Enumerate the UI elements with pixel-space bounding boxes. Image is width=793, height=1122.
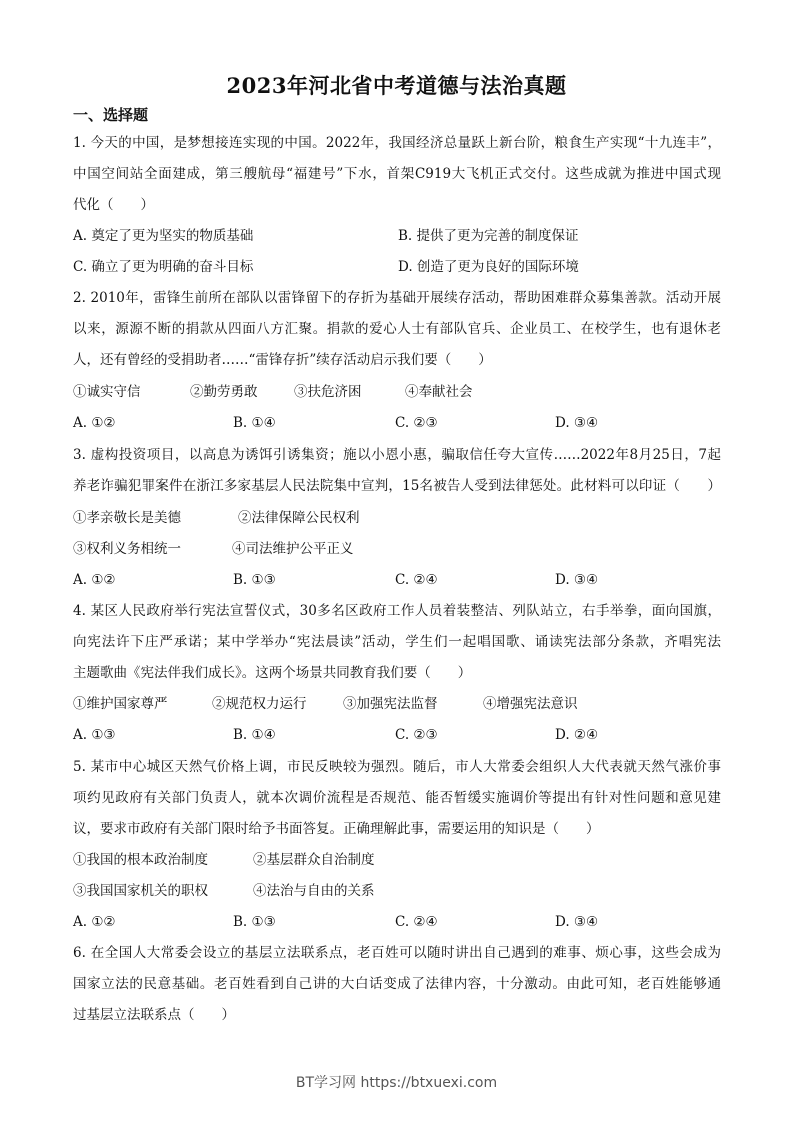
question-3-statement-4: ④司法维护公平正义 [232, 539, 354, 559]
question-3-line-2: 养老诈骗犯罪案件在浙江多家基层人民法院集中宣判，15名被告人受到法律惩处。此材料… [73, 476, 721, 496]
question-2-line-2: 以来，源源不断的捐款从四面八方汇聚。捐款的爱心人士有部队官兵、企业员工、在校学生… [73, 319, 721, 339]
question-4-statement-2: ②规范权力运行 [212, 694, 307, 714]
question-5-option-a: A. ①② [73, 912, 116, 932]
section-heading: 一、选择题 [73, 104, 148, 125]
question-5-statement-1: ①我国的根本政治制度 [73, 850, 208, 870]
question-1-line-2: 中国空间站全面建成，第三艘航母“福建号”下水，首架C919大飞机正式交付。这些成… [73, 164, 721, 184]
question-4-line-2: 向宪法许下庄严承诺；某中学举办“宪法晨读”活动，学生们一起唱国歌、诵读宪法部分条… [73, 632, 721, 652]
question-3-statement-2: ②法律保障公民权利 [238, 508, 360, 528]
question-4-option-c: C. ②③ [395, 725, 438, 745]
question-4-line-1: 4. 某区人民政府举行宪法宣誓仪式，30多名区政府工作人员着装整洁、列队站立，右… [73, 601, 721, 621]
question-3-statement-1: ①孝亲敬长是美德 [73, 508, 181, 528]
question-6-line-3: 过基层立法联系点（ ） [73, 1005, 235, 1025]
question-2-statement-2: ②勤劳勇敢 [190, 382, 258, 402]
question-2-line-3: 人，还有曾经的受捐助者……“雷锋存折”续存活动启示我们要（ ） [73, 350, 492, 370]
question-4-statement-1: ①维护国家尊严 [73, 694, 168, 714]
question-2-option-a: A. ①② [73, 413, 116, 433]
question-5-option-c: C. ②④ [395, 912, 438, 932]
question-1-line-3: 代化（ ） [73, 195, 154, 215]
question-5-option-d: D. ③④ [555, 912, 598, 932]
question-4-statement-4: ④增强宪法意识 [483, 694, 578, 714]
question-2-line-1: 2. 2010年，雷锋生前所在部队以雷锋留下的存折为基础开展续存活动，帮助困难群… [73, 288, 721, 308]
question-6-line-2: 国家立法的民意基础。老百姓看到自己讲的大白话变成了法律内容，十分激动。由此可知，… [73, 974, 721, 994]
question-2-statement-1: ①诚实守信 [73, 382, 141, 402]
question-3-line-1: 3. 虚构投资项目，以高息为诱饵引诱集资；施以小恩小惠，骗取信任夸大宣传……20… [73, 445, 721, 465]
question-4-statement-3: ③加强宪法监督 [343, 694, 438, 714]
question-5-line-2: 项约见政府有关部门负责人，就本次调价流程是否规范、能否暂缓实施调价等提出有针对性… [73, 788, 721, 808]
question-3-option-c: C. ②④ [395, 570, 438, 590]
question-1-line-1: 1. 今天的中国，是梦想接连实现的中国。2022年，我国经济总量跃上新台阶，粮食… [73, 133, 721, 153]
question-3-option-b: B. ①③ [233, 570, 276, 590]
question-2-option-d: D. ③④ [555, 413, 598, 433]
question-6-line-1: 6. 在全国人大常委会设立的基层立法联系点，老百姓可以随时讲出自己遇到的难事、烦… [73, 943, 721, 963]
question-2-statement-3: ③扶危济困 [294, 382, 362, 402]
question-5-statement-3: ③我国国家机关的职权 [73, 881, 208, 901]
question-5-line-1: 5. 某市中心城区天然气价格上调，市民反映较为强烈。随后，市人大常委会组织人大代… [73, 757, 721, 777]
document-page: 2023年河北省中考道德与法治真题 一、选择题 1. 今天的中国，是梦想接连实现… [0, 0, 793, 1122]
question-5-line-3: 议，要求市政府有关部门限时给予书面答复。正确理解此事，需要运用的知识是（ ） [73, 819, 600, 839]
question-5-statement-2: ②基层群众自治制度 [253, 850, 375, 870]
question-2-statement-4: ④奉献社会 [405, 382, 473, 402]
question-4-option-d: D. ②④ [555, 725, 598, 745]
question-3-statement-3: ③权利义务相统一 [73, 539, 181, 559]
page-title: 2023年河北省中考道德与法治真题 [0, 70, 793, 100]
question-5-option-b: B. ①③ [233, 912, 276, 932]
question-3-option-a: A. ①② [73, 570, 116, 590]
question-4-option-b: B. ①④ [233, 725, 276, 745]
question-4-line-3: 主题歌曲《宪法伴我们成长》。这两个场景共同教育我们要（ ） [73, 663, 471, 683]
question-1-option-c: C. 确立了更为明确的奋斗目标 [73, 257, 253, 277]
question-3-option-d: D. ③④ [555, 570, 598, 590]
question-1-option-a: A. 奠定了更为坚实的物质基础 [73, 226, 253, 246]
question-1-option-b: B. 提供了更为完善的制度保证 [398, 226, 579, 246]
question-1-option-d: D. 创造了更为良好的国际环境 [398, 257, 579, 277]
watermark-footer: BT学习网 https://btxuexi.com [0, 1072, 793, 1092]
question-5-statement-4: ④法治与自由的关系 [253, 881, 375, 901]
question-2-option-c: C. ②③ [395, 413, 438, 433]
question-4-option-a: A. ①③ [73, 725, 116, 745]
question-2-option-b: B. ①④ [233, 413, 276, 433]
